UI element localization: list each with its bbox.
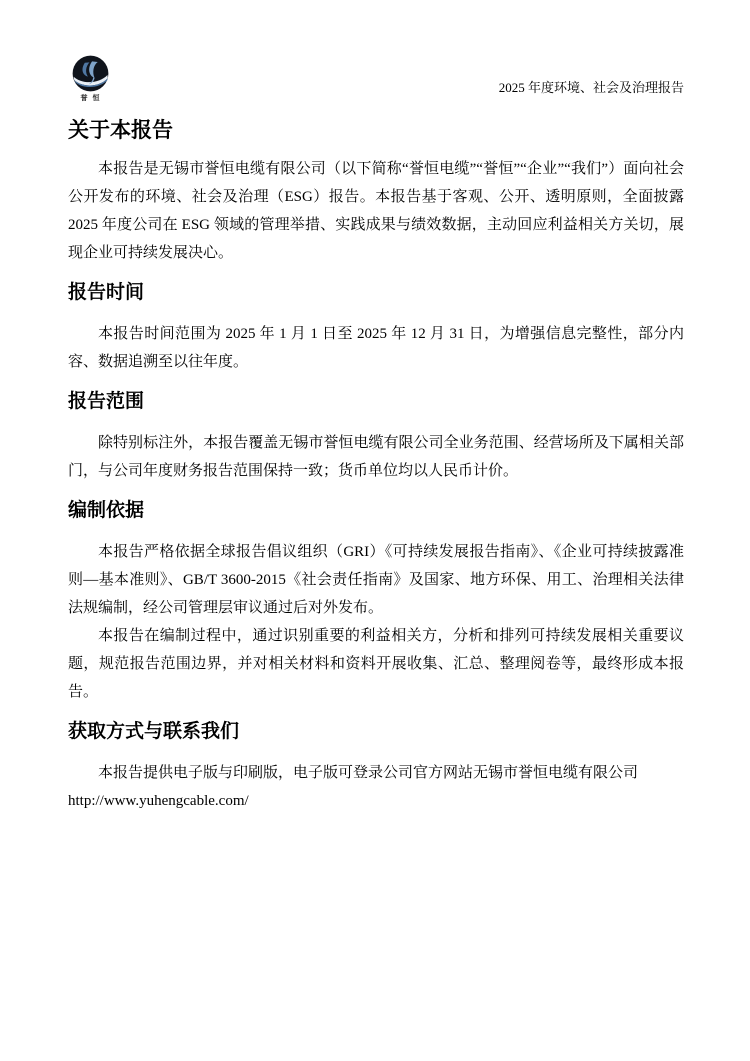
section-heading-about-report: 关于本报告 [68,117,684,145]
yuheng-logo-icon [72,55,109,92]
section-heading-report-scope: 报告范围 [68,388,684,416]
section-heading-preparation-basis: 编制依据 [68,497,684,525]
logo-caption: 誉恒 [68,94,112,102]
document-body: 关于本报告 本报告是无锡市誉恒电缆有限公司（以下简称“誉恒电缆”“誉恒”“企业”… [0,117,750,815]
paragraph-preparation-basis-1: 本报告严格依据全球报告倡议组织（GRI）《可持续发展报告指南》、《企业可持续披露… [68,538,684,622]
website-url-line: http://www.yuhengcable.com/ [68,787,684,815]
company-logo: 誉恒 [68,55,112,102]
paragraph-about-report: 本报告是无锡市誉恒电缆有限公司（以下简称“誉恒电缆”“誉恒”“企业”“我们”）面… [68,155,684,267]
paragraph-report-period: 本报告时间范围为 2025 年 1 月 1 日至 2025 年 12 月 31 … [68,320,684,376]
report-page: 誉恒 2025 年度环境、社会及治理报告 关于本报告 本报告是无锡市誉恒电缆有限… [0,0,750,1061]
paragraph-report-scope: 除特别标注外，本报告覆盖无锡市誉恒电缆有限公司全业务范围、经营场所及下属相关部门… [68,429,684,485]
website-link[interactable]: http://www.yuhengcable.com/ [68,793,249,809]
paragraph-preparation-basis-2: 本报告在编制过程中，通过识别重要的利益相关方，分析和排列可持续发展相关重要议题，… [68,622,684,706]
section-heading-report-period: 报告时间 [68,279,684,307]
report-header-label: 2025 年度环境、社会及治理报告 [499,80,684,102]
section-heading-access-contact: 获取方式与联系我们 [68,718,684,746]
paragraph-access-contact: 本报告提供电子版与印刷版，电子版可登录公司官方网站无锡市誉恒电缆有限公司 [68,759,684,787]
page-header: 誉恒 2025 年度环境、社会及治理报告 [0,0,750,102]
